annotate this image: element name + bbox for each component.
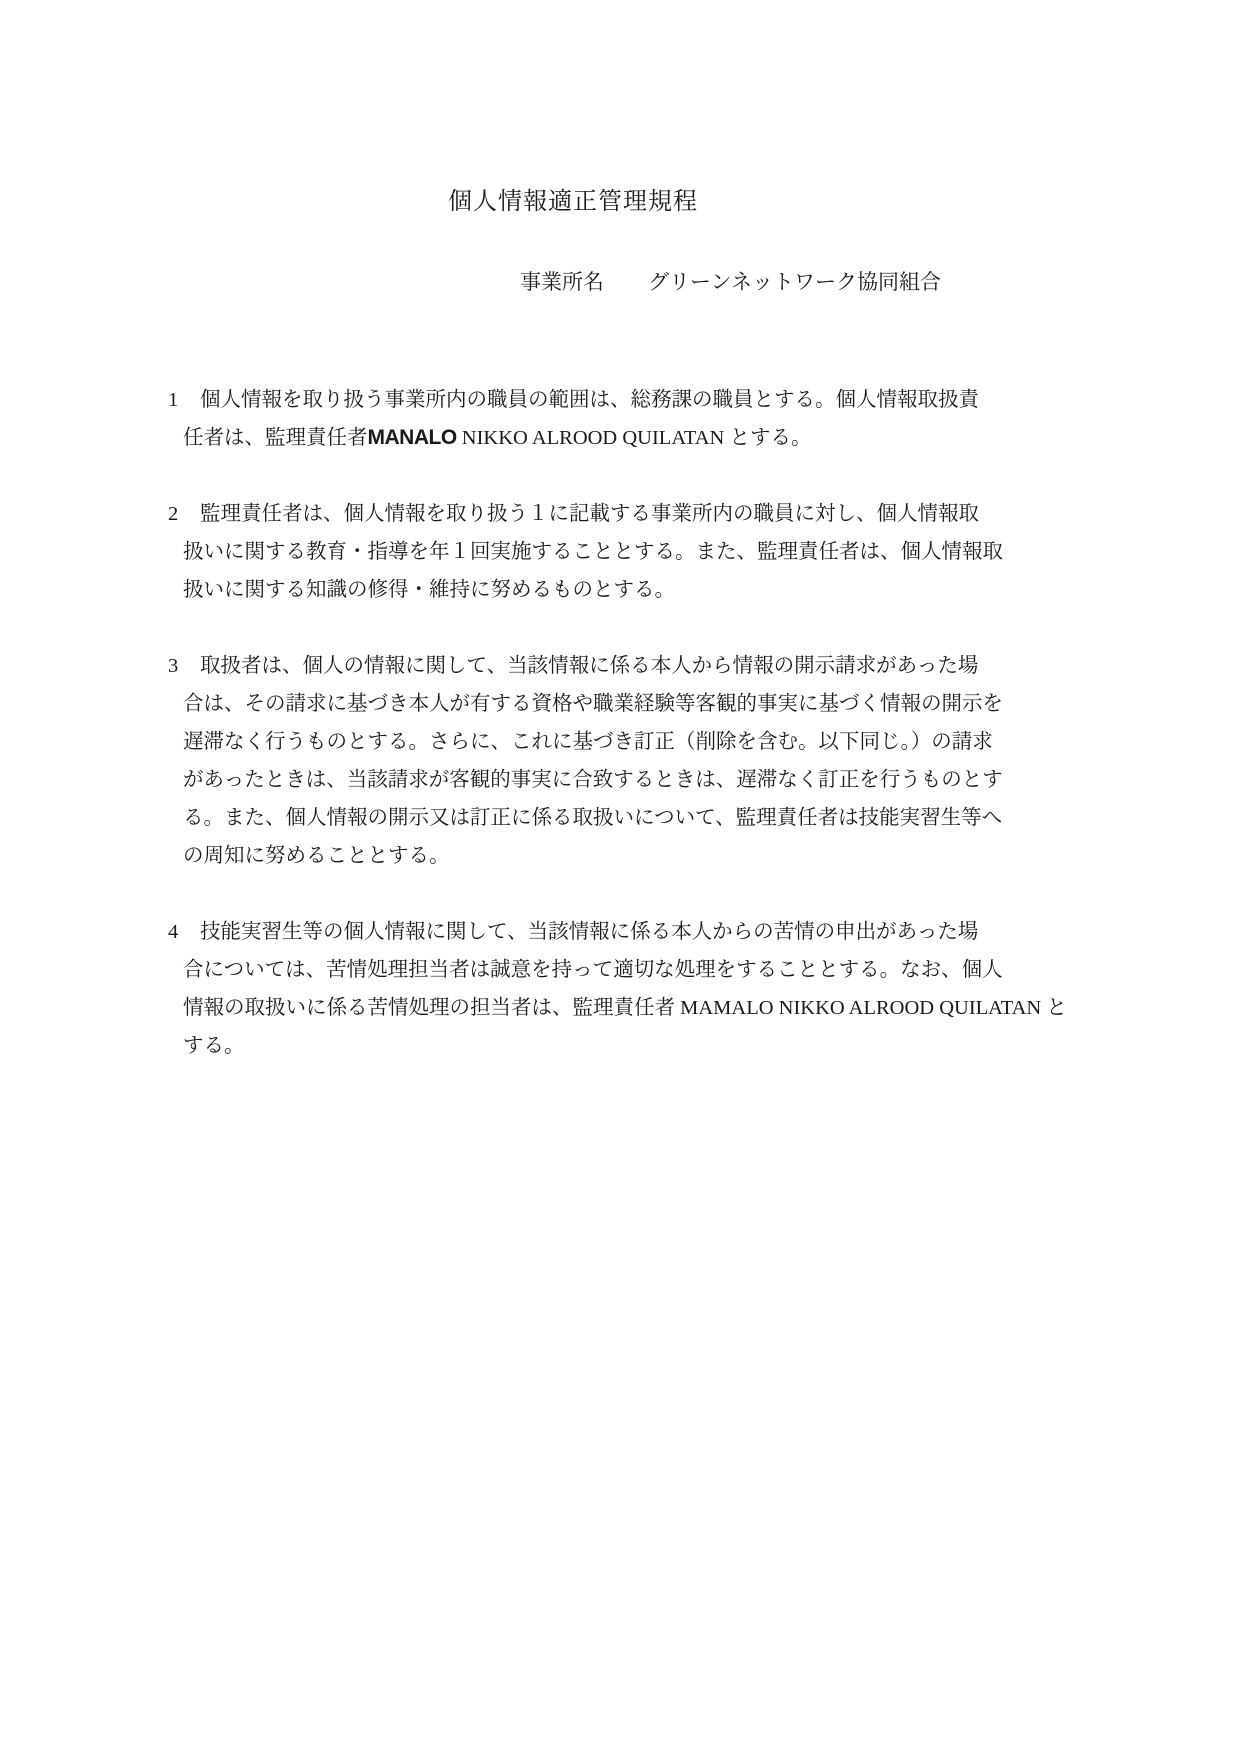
office-name-line: 事業所名グリーンネットワーク協同組合 (520, 263, 978, 301)
paragraph: 2監理責任者は、個人情報を取り扱う１に記載する事業所内の職員に対し、個人情報取扱… (168, 495, 978, 609)
responsible-name-bold: MANALO (368, 426, 457, 449)
paragraph-line: 合については、苦情処理担当者は誠意を持って適切な処理をすることとする。なお、個人 (183, 951, 978, 989)
paragraph-first-line: 1個人情報を取り扱う事業所内の職員の範囲は、総務課の職員とする。個人情報取扱責 (168, 381, 978, 419)
paragraph-line: があったときは、当該請求が客観的事実に合致するときは、遅滞なく訂正を行うものとす (183, 761, 978, 799)
paragraph-first-line: 4技能実習生等の個人情報に関して、当該情報に係る本人からの苦情の申出があった場 (168, 913, 978, 951)
paragraph-line: 情報の取扱いに係る苦情処理の担当者は、監理責任者 MAMALO NIKKO AL… (183, 989, 978, 1027)
paragraph-number: 4 (168, 913, 200, 951)
office-name: グリーンネットワーク協同組合 (648, 270, 941, 294)
document-content: 個人情報適正管理規程 事業所名グリーンネットワーク協同組合 1個人情報を取り扱う… (168, 183, 978, 1065)
paragraph-line: 遅滞なく行うものとする。さらに、これに基づき訂正（削除を含む。以下同じ。）の請求 (183, 723, 978, 761)
paragraph-line: の周知に努めることとする。 (183, 837, 978, 875)
paragraph-line: 合は、その請求に基づき本人が有する資格や職業経験等客観的事実に基づく情報の開示を (183, 685, 978, 723)
paragraph-number: 1 (168, 381, 200, 419)
paragraph-list: 1個人情報を取り扱う事業所内の職員の範囲は、総務課の職員とする。個人情報取扱責任… (168, 381, 978, 1065)
paragraph-line: 任者は、監理責任者MANALO NIKKO ALROOD QUILATAN とす… (183, 419, 978, 457)
paragraph: 4技能実習生等の個人情報に関して、当該情報に係る本人からの苦情の申出があった場合… (168, 913, 978, 1065)
paragraph-line: る。また、個人情報の開示又は訂正に係る取扱いについて、監理責任者は技能実習生等へ (183, 799, 978, 837)
paragraph: 3取扱者は、個人の情報に関して、当該情報に係る本人から情報の開示請求があった場合… (168, 647, 978, 875)
paragraph-line: 扱いに関する教育・指導を年１回実施することとする。また、監理責任者は、個人情報取 (183, 533, 978, 571)
document-title: 個人情報適正管理規程 (168, 183, 978, 221)
paragraph-first-line: 3取扱者は、個人の情報に関して、当該情報に係る本人から情報の開示請求があった場 (168, 647, 978, 685)
paragraph-number: 2 (168, 495, 200, 533)
paragraph-first-line: 2監理責任者は、個人情報を取り扱う１に記載する事業所内の職員に対し、個人情報取 (168, 495, 978, 533)
document-page: 個人情報適正管理規程 事業所名グリーンネットワーク協同組合 1個人情報を取り扱う… (0, 0, 1241, 1755)
office-label: 事業所名 (520, 270, 604, 294)
paragraph-line: する。 (183, 1027, 978, 1065)
paragraph-number: 3 (168, 647, 200, 685)
paragraph: 1個人情報を取り扱う事業所内の職員の範囲は、総務課の職員とする。個人情報取扱責任… (168, 381, 978, 457)
paragraph-line: 扱いに関する知識の修得・維持に努めるものとする。 (183, 571, 978, 609)
